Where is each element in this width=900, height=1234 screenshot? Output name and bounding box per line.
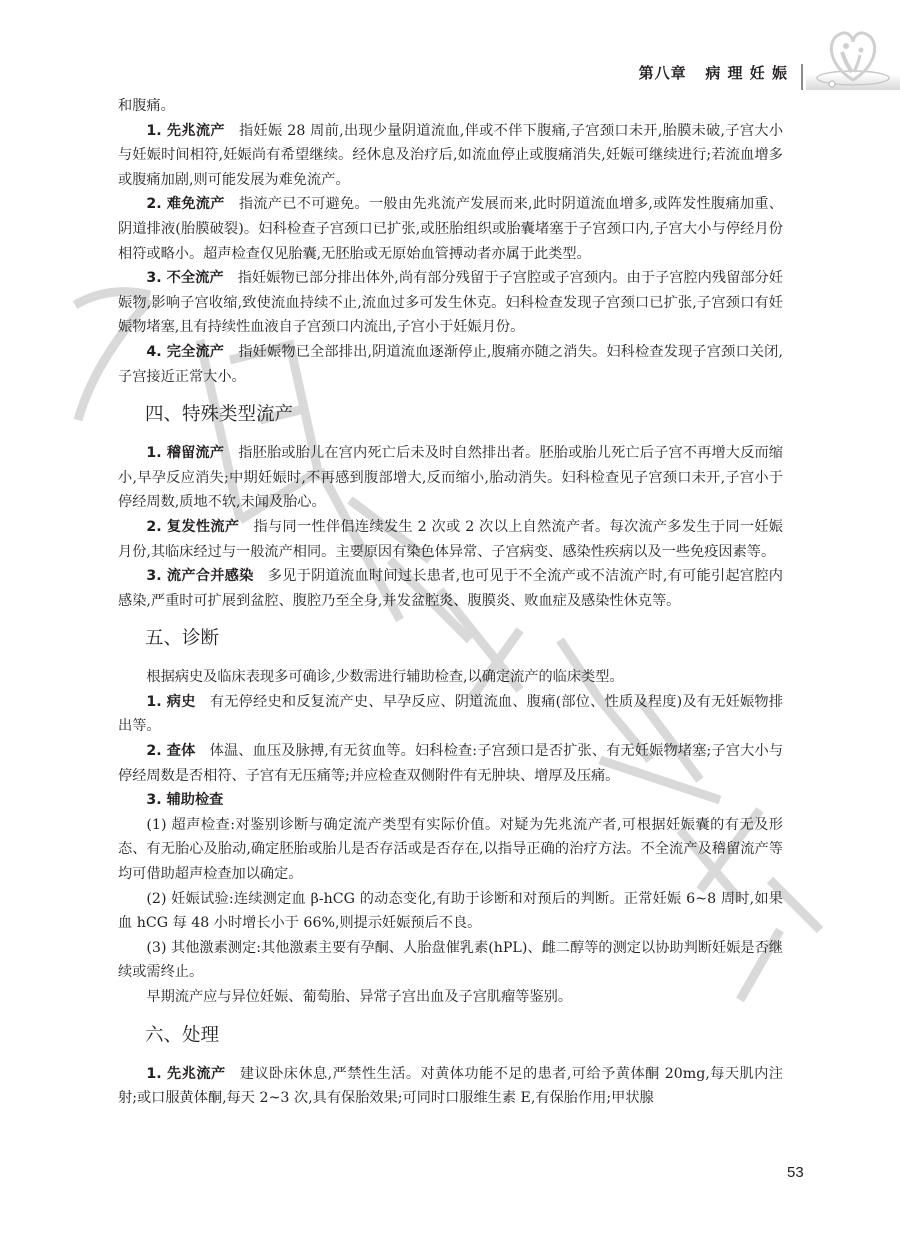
page-number: 53 [787,1164,804,1181]
paragraph-ultrasound: (1) 超声检查:对鉴别诊断与确定流产类型有实际价值。对疑为先兆流产者,可根据妊… [118,813,783,887]
header-divider [801,64,803,90]
paragraph-missed-abortion: 1. 稽留流产指胚胎或胎儿在宫内死亡后未及时自然排出者。胚胎或胎儿死亡后子宫不再… [118,441,783,515]
paragraph-differential: 早期流产应与异位妊娠、葡萄胎、异常子宫出血及子宫肌瘤等鉴别。 [118,985,783,1010]
paragraph-physical-exam: 2. 查体体温、血压及脉搏,有无贫血等。妇科检查:子宫颈口是否扩张、有无妊娠物堵… [118,739,783,788]
paragraph-diagnosis-intro: 根据病史及临床表现多可确诊,少数需进行辅助检查,以确定流产的临床类型。 [118,665,783,690]
section-heading-treatment: 六、处理 [145,1024,783,1048]
page-body: 和腹痛。 1. 先兆流产指妊娠 28 周前,出现少量阴道流血,伴或不伴下腹痛,子… [118,94,783,1111]
section-heading-diagnosis: 五、诊断 [145,627,783,651]
paragraph-inevitable-abortion: 2. 难免流产指流产已不可避免。一般由先兆流产发展而来,此时阴道流血增多,或阵发… [118,192,783,266]
paragraph-threatened-abortion: 1. 先兆流产指妊娠 28 周前,出现少量阴道流血,伴或不伴下腹痛,子宫颈口未开… [118,119,783,193]
paragraph-treatment-threatened: 1. 先兆流产建议卧床休息,严禁性生活。对黄体功能不足的患者,可给予黄体酮 20… [118,1062,783,1111]
paragraph-complete-abortion: 4. 完全流产指妊娠物已全部排出,阴道流血逐渐停止,腹痛亦随之消失。妇科检查发现… [118,340,783,389]
chapter-title: 第八章 病 理 妊 娠 [639,62,788,83]
paragraph-septic-abortion: 3. 流产合并感染多见于阴道流血时间过长患者,也可见于不全流产或不洁流产时,有可… [118,564,783,613]
paragraph-incomplete-abortion: 3. 不全流产指妊娠物已部分排出体外,尚有部分残留于子宫腔或子宫颈内。由于子宫腔… [118,266,783,340]
paragraph-pregnancy-test: (2) 妊娠试验:连续测定血 β-hCG 的动态变化,有助于诊断和对预后的判断。… [118,887,783,936]
section-heading-special-types: 四、特殊类型流产 [145,403,783,427]
paragraph-continuation: 和腹痛。 [118,94,783,119]
paragraph-recurrent-abortion: 2. 复发性流产指与同一性伴侣连续发生 2 次或 2 次以上自然流产者。每次流产… [118,515,783,564]
paragraph-history: 1. 病史有无停经史和反复流产史、早孕反应、阴道流血、腹痛(部位、性质及程度)及… [118,690,783,739]
paragraph-hormone-test: (3) 其他激素测定:其他激素主要有孕酮、人胎盘催乳素(hPL)、雌二醇等的测定… [118,936,783,985]
paragraph-aux-exam-title: 3. 辅助检查 [118,788,783,813]
heart-family-logo-icon [808,20,898,90]
